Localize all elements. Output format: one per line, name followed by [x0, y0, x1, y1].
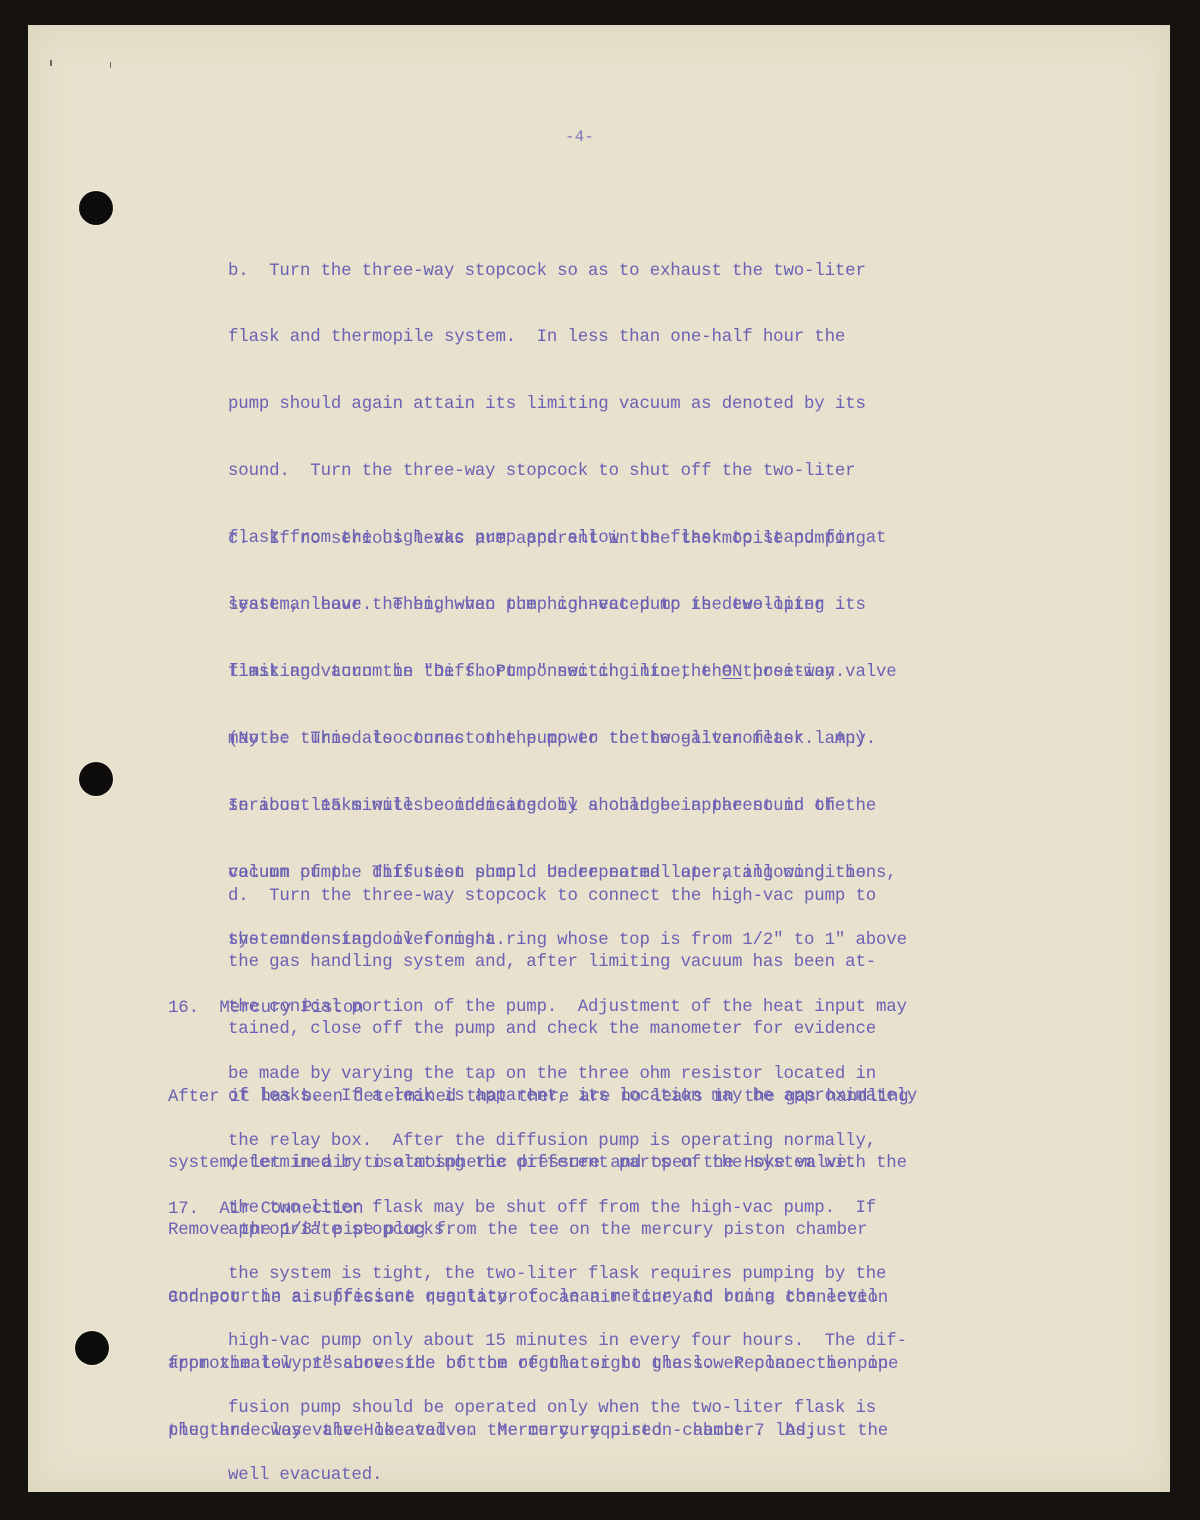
text-line: pump should again attain its limiting va…: [228, 394, 897, 416]
text-line: tained, close off the pump and check the…: [228, 1019, 917, 1041]
text-segment: position.: [742, 663, 845, 682]
text-line: d. Turn the three-way stopcock to connec…: [228, 886, 917, 908]
margin-mark: [50, 60, 52, 66]
text-line: (Note: This also turns on the power to t…: [228, 729, 907, 751]
text-line: from the low pressure side of the regula…: [168, 1354, 888, 1376]
text-line: b. Turn the three-way stopcock so as to …: [228, 261, 897, 283]
text-line: flask and turn the "Diff. Pump" switch i…: [228, 662, 907, 684]
text-line: sound. Turn the three-way stopcock to sh…: [228, 461, 897, 483]
text-line: Connect the air pressure regulator to an…: [168, 1288, 888, 1310]
text-segment: flask and turn the "Diff. Pump" switch i…: [228, 663, 722, 682]
section-17-body: Connect the air pressure regulator to an…: [168, 1243, 888, 1466]
text-line: the three way valve located on the mercu…: [168, 1421, 888, 1443]
section-17-heading: 17. Air Connection: [168, 1199, 363, 1221]
text-line: In about 15 minutes condensing oil shoul…: [228, 796, 907, 818]
text-line: system, leave the high-vac pump connecte…: [228, 595, 907, 617]
punch-hole-top: [79, 191, 113, 225]
margin-mark: [110, 62, 111, 68]
punch-hole-bottom: [75, 1331, 109, 1365]
text-line: After it has been determined that there …: [168, 1087, 909, 1109]
text-line: Remove the 1/8" pipe plug from the tee o…: [168, 1220, 909, 1242]
page-number: -4-: [565, 128, 594, 146]
punch-hole-middle: [79, 762, 113, 796]
text-line: system, let in air to atmospheric pressu…: [168, 1153, 909, 1175]
text-line: flask and thermopile system. In less tha…: [228, 327, 897, 349]
section-16-heading: 16. Mercury Piston: [168, 998, 363, 1020]
text-line: well evacuated.: [228, 1465, 907, 1487]
text-line: the gas handling system and, after limit…: [228, 952, 917, 974]
underlined-on: ON: [722, 663, 743, 682]
text-line: c. If no serious leaks are apparent in t…: [228, 529, 907, 551]
